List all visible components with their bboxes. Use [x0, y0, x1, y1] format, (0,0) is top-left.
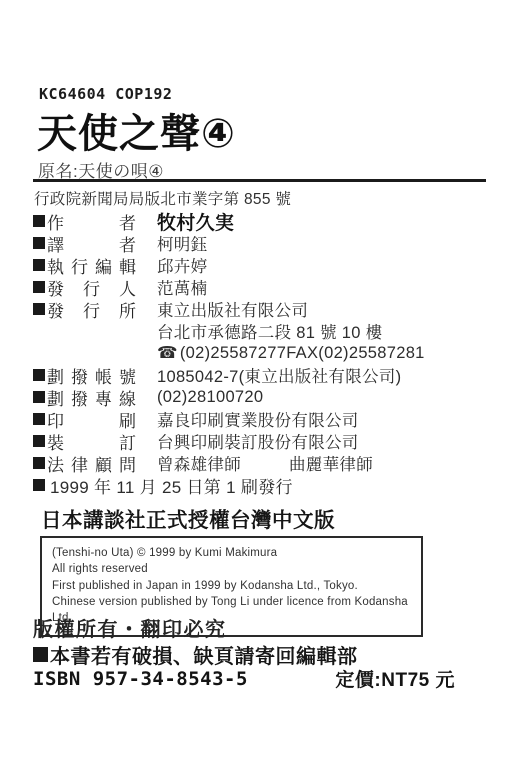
- credit-row-postal-line: 劃撥專線 (02)28100720: [33, 386, 473, 408]
- thick-divider: [33, 179, 486, 182]
- credit-row-legal: 法律顧問 曾森雄律師 曲麗華律師: [33, 452, 473, 474]
- bullet-square-icon: [33, 479, 45, 491]
- authorization-heading: 日本講談社正式授權台灣中文版: [41, 503, 335, 533]
- first-printing-date: 1999 年 11 月 25 日第 1 刷發行: [50, 473, 293, 498]
- bullet-square-icon: [33, 391, 45, 403]
- credit-row-postal-account: 劃撥帳號 1085042-7(東立出版社有限公司): [33, 364, 473, 386]
- credit-row-printer: 印刷 嘉良印刷實業股份有限公司: [33, 408, 473, 430]
- printer-name: 嘉良印刷實業股份有限公司: [157, 407, 359, 431]
- credit-row-translator: 譯者 柯明鈺: [33, 232, 473, 254]
- credit-row-author: 作者 牧村久実: [33, 210, 473, 232]
- bullet-square-icon: [33, 457, 45, 469]
- publisher-person-name: 范萬楠: [157, 275, 207, 299]
- credit-row-print-date: 1999 年 11 月 25 日第 1 刷發行: [33, 474, 473, 496]
- credit-row-publishing-house: 發行所 東立出版社有限公司: [33, 298, 473, 320]
- copyright-line-3: First published in Japan in 1999 by Koda…: [52, 578, 411, 594]
- colophon-page: KC64604 COP192 天使之聲④ 原名:天使の唄④ 行政院新聞局局版北市…: [0, 0, 512, 768]
- bullet-square-icon: [33, 647, 48, 662]
- bullet-square-icon: [33, 369, 45, 381]
- publishing-house-name: 東立出版社有限公司: [157, 297, 308, 321]
- page-title: 天使之聲④: [37, 102, 236, 159]
- credit-label: 發行所: [47, 297, 136, 322]
- postal-account-number: 1085042-7(東立出版社有限公司): [157, 363, 401, 387]
- bullet-square-icon: [33, 237, 45, 249]
- bullet-square-icon: [33, 435, 45, 447]
- publication-license: 行政院新聞局局版北市業字第 855 號: [34, 187, 291, 209]
- bullet-square-icon: [33, 303, 45, 315]
- fax-number: FAX(02)25587281: [286, 344, 424, 363]
- phone-icon: ☎: [157, 344, 178, 362]
- bullet-square-icon: [33, 281, 45, 293]
- credit-row-binder: 裝訂 台興印刷裝訂股份有限公司: [33, 430, 473, 452]
- price: 定價:NT75 元: [335, 665, 455, 692]
- postal-line-number: (02)28100720: [157, 388, 263, 407]
- binder-name: 台興印刷裝訂股份有限公司: [157, 429, 359, 453]
- bullet-square-icon: [33, 215, 45, 227]
- bullet-square-icon: [33, 259, 45, 271]
- isbn-price-row: ISBN 957-34-8543-5 定價:NT75 元: [33, 665, 455, 692]
- phone-number: (02)25587277: [180, 344, 286, 362]
- legal-advisor-1: 曾森雄律師: [157, 451, 241, 475]
- copyright-line-1: (Tenshi-no Uta) © 1999 by Kumi Makimura: [52, 545, 411, 561]
- isbn: ISBN 957-34-8543-5: [33, 668, 248, 690]
- credit-row-publisher-person: 發行人 范萬楠: [33, 276, 473, 298]
- bullet-square-icon: [33, 413, 45, 425]
- phone-number-group: ☎(02)25587277: [157, 343, 286, 363]
- legal-advisor-2: 曲麗華律師: [289, 451, 373, 475]
- catalog-code: KC64604 COP192: [39, 85, 172, 103]
- credit-row-address: 台北市承德路二段 81 號 10 樓: [33, 320, 473, 342]
- copyright-line-2: All rights reserved: [52, 561, 411, 577]
- credits-list: 作者 牧村久実 譯者 柯明鈺 執行編輯 邱卉婷 發行人 范萬楠 發行所 東立出版…: [33, 210, 473, 496]
- editor-name: 邱卉婷: [157, 253, 207, 277]
- publisher-address: 台北市承德路二段 81 號 10 樓: [157, 319, 382, 343]
- credit-row-editor: 執行編輯 邱卉婷: [33, 254, 473, 276]
- translator-name: 柯明鈺: [157, 231, 207, 255]
- credit-row-phone: ☎(02)25587277 FAX(02)25587281: [33, 342, 473, 364]
- rights-statement: 版權所有・翻印必究: [33, 613, 227, 642]
